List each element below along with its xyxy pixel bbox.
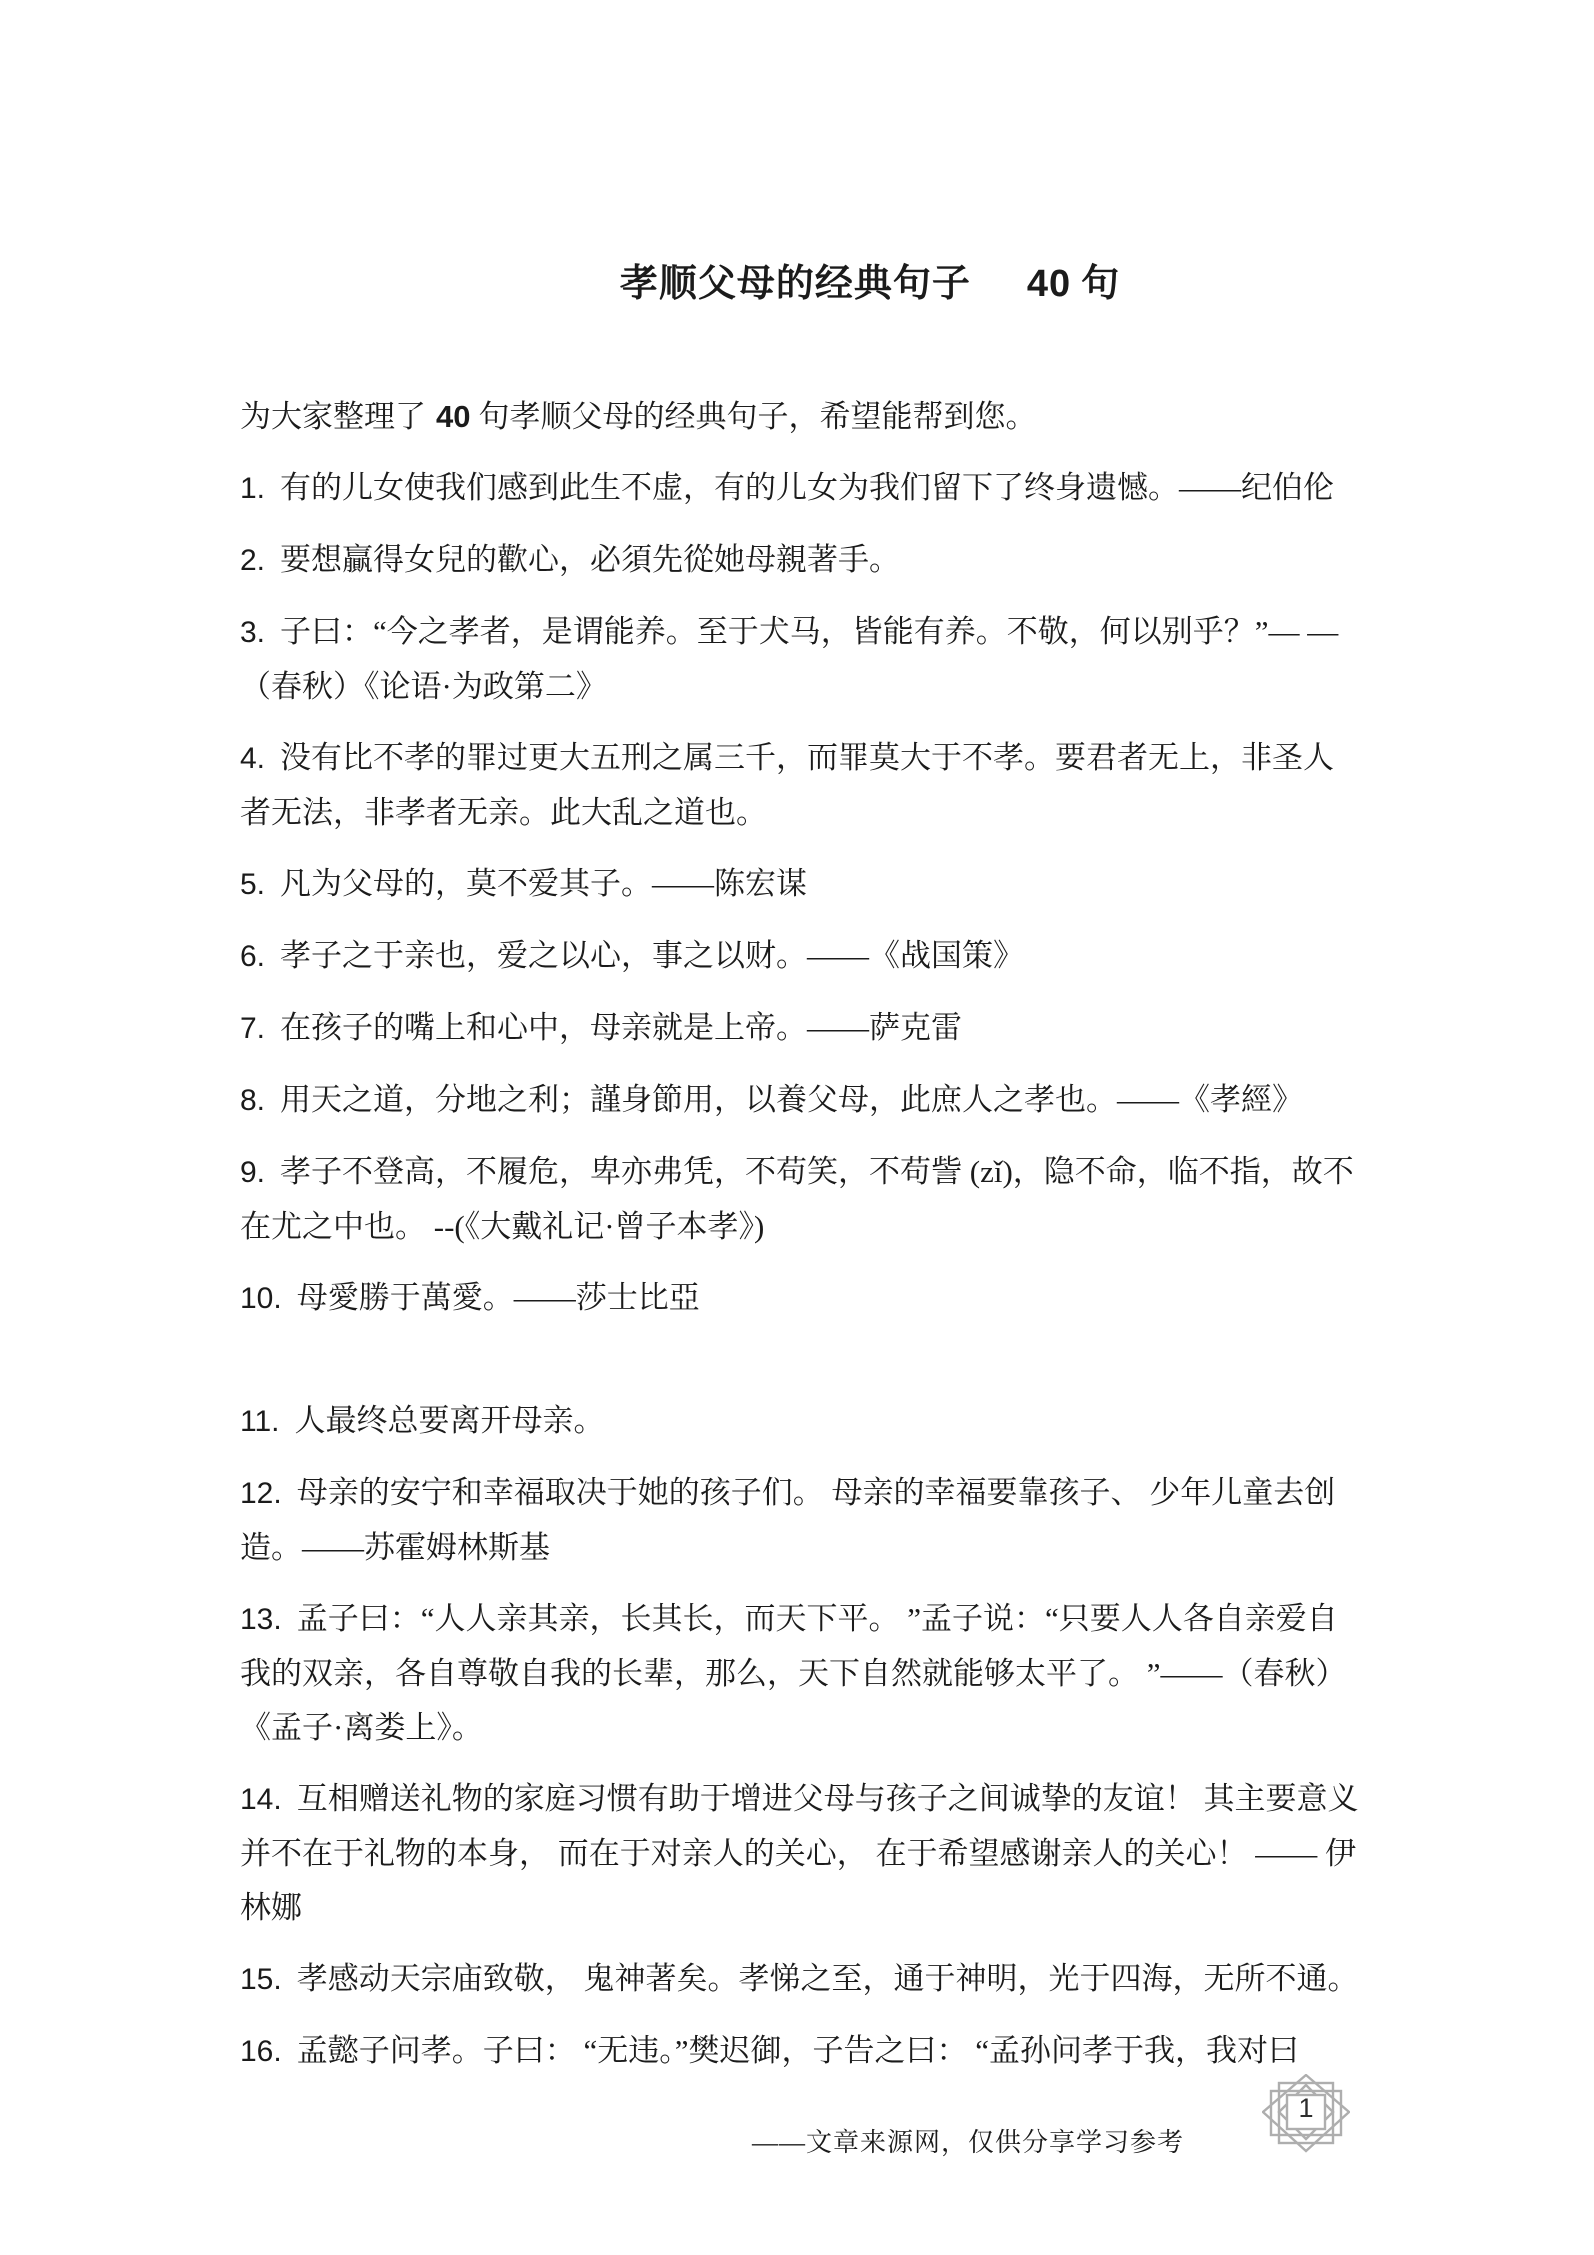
item-text: 孝子之于亲也，爱之以心，事之以财。——《战国策》: [280, 938, 1024, 973]
intro-count: 40: [426, 399, 478, 434]
item-number: 13.: [240, 1603, 282, 1636]
item-number: 4.: [240, 742, 265, 775]
list-item: 13.孟子曰：“人人亲其亲，长其长，而天下平。 ”孟子说：“只要人人各自亲爱自我…: [240, 1592, 1360, 1755]
list-item: 12.母亲的安宁和幸福取决于她的孩子们。 母亲的幸福要靠孩子、 少年儿童去创造。…: [240, 1466, 1360, 1575]
item-number: 1.: [240, 472, 265, 505]
item-number: 16.: [240, 2035, 282, 2068]
footer-source-note: ——文章来源网，仅供分享学习参考: [752, 2126, 1184, 2160]
page-title-count: 40: [1027, 263, 1071, 305]
item-text: 互相赠送礼物的家庭习惯有助于增进父母与孩子之间诚挚的友谊！ 其主要意义并不在于礼…: [240, 1781, 1358, 1925]
item-text: 子曰：“今之孝者，是谓能养。至于犬马，皆能有养。不敬，何以别乎？”— —（春秋）…: [240, 614, 1338, 704]
item-text: 孟子曰：“人人亲其亲，长其长，而天下平。 ”孟子说：“只要人人各自亲爱自我的双亲…: [240, 1601, 1347, 1745]
item-text: 要想贏得女兒的歡心，必須先從她母親著手。: [280, 542, 900, 577]
item-text: 母亲的安宁和幸福取决于她的孩子们。 母亲的幸福要靠孩子、 少年儿童去创造。——苏…: [240, 1475, 1335, 1565]
list-item: 3.子曰：“今之孝者，是谓能养。至于犬马，皆能有养。不敬，何以别乎？”— —（春…: [240, 605, 1360, 714]
list-item: 16.孟懿子问孝。子曰： “无违。”樊迟御，子告之曰： “孟孙问孝于我，我对曰: [240, 2024, 1360, 2079]
document-page: 孝顺父母的经典句子40句 为大家整理了40句孝顺父母的经典句子，希望能帮到您。 …: [0, 0, 1594, 2255]
page-number-ornament: 1: [1262, 2074, 1350, 2154]
list-item: 7.在孩子的嘴上和心中，母亲就是上帝。——萨克雷: [240, 1001, 1360, 1056]
item-text: 在孩子的嘴上和心中，母亲就是上帝。——萨克雷: [280, 1010, 962, 1045]
intro-prefix: 为大家整理了: [240, 399, 426, 434]
item-text: 凡为父母的，莫不爱其子。——陈宏谋: [280, 866, 807, 901]
item-number: 6.: [240, 940, 265, 973]
list-item: 1.有的儿女使我们感到此生不虚，有的儿女为我们留下了终身遗憾。——纪伯伦: [240, 461, 1360, 516]
intro-paragraph: 为大家整理了40句孝顺父母的经典句子，希望能帮到您。: [240, 390, 1360, 444]
item-text: 没有比不孝的罪过更大五刑之属三千，而罪莫大于不孝。要君者无上，非圣人者无法，非孝…: [240, 740, 1334, 830]
page-title-main: 孝顺父母的经典句子: [620, 263, 971, 305]
item-text: 有的儿女使我们感到此生不虚，有的儿女为我们留下了终身遗憾。——纪伯伦: [280, 470, 1334, 505]
item-text: 人最终总要离开母亲。: [294, 1403, 604, 1438]
list-item: 15.孝感动天宗庙致敬， 鬼神著矣。孝悌之至，通于神明，光于四海，无所不通。: [240, 1952, 1360, 2007]
item-text: 孝感动天宗庙致敬， 鬼神著矣。孝悌之至，通于神明，光于四海，无所不通。: [297, 1961, 1359, 1996]
item-number: 7.: [240, 1012, 265, 1045]
list-item: 6.孝子之于亲也，爱之以心，事之以财。——《战国策》: [240, 929, 1360, 984]
item-number: 5.: [240, 868, 265, 901]
item-number: 11.: [240, 1405, 279, 1438]
quote-list: 1.有的儿女使我们感到此生不虚，有的儿女为我们留下了终身遗憾。——纪伯伦 2.要…: [240, 461, 1360, 2079]
page-title-suffix: 句: [1081, 263, 1120, 305]
item-number: 10.: [240, 1282, 282, 1315]
list-item: 5.凡为父母的，莫不爱其子。——陈宏谋: [240, 857, 1360, 912]
page-number: 1: [1262, 2088, 1350, 2128]
item-number: 3.: [240, 616, 265, 649]
list-item: 8.用天之道，分地之利；謹身節用，以養父母，此庶人之孝也。——《孝經》: [240, 1073, 1360, 1128]
list-item: 4.没有比不孝的罪过更大五刑之属三千，而罪莫大于不孝。要君者无上，非圣人者无法，…: [240, 731, 1360, 840]
item-number: 12.: [240, 1477, 282, 1510]
item-text: 用天之道，分地之利；謹身節用，以養父母，此庶人之孝也。——《孝經》: [280, 1082, 1303, 1117]
item-number: 14.: [240, 1783, 282, 1816]
list-item: 9.孝子不登高，不履危，卑亦弗凭，不苟笑，不苟訾 (zǐ)，隐不命，临不指，故不…: [240, 1145, 1360, 1254]
document-content: 孝顺父母的经典句子40句 为大家整理了40句孝顺父母的经典句子，希望能帮到您。 …: [0, 0, 1594, 2079]
list-item: 14.互相赠送礼物的家庭习惯有助于增进父母与孩子之间诚挚的友谊！ 其主要意义并不…: [240, 1772, 1360, 1935]
item-number: 8.: [240, 1084, 265, 1117]
item-number: 9.: [240, 1156, 265, 1189]
item-number: 2.: [240, 544, 265, 577]
item-text: 孝子不登高，不履危，卑亦弗凭，不苟笑，不苟訾 (zǐ)，隐不命，临不指，故不在尤…: [240, 1154, 1354, 1244]
item-text: 母愛勝于萬愛。——莎士比亞: [297, 1280, 700, 1315]
page-title: 孝顺父母的经典句子40句: [380, 0, 1360, 308]
intro-suffix: 句孝顺父母的经典句子，希望能帮到您。: [478, 399, 1036, 434]
list-item: 2.要想贏得女兒的歡心，必須先從她母親著手。: [240, 533, 1360, 588]
list-item: 11.人最终总要离开母亲。: [240, 1394, 1360, 1449]
item-text: 孟懿子问孝。子曰： “无违。”樊迟御，子告之曰： “孟孙问孝于我，我对曰: [297, 2033, 1299, 2068]
item-number: 15.: [240, 1963, 282, 1996]
list-item: 10.母愛勝于萬愛。——莎士比亞: [240, 1271, 1360, 1326]
